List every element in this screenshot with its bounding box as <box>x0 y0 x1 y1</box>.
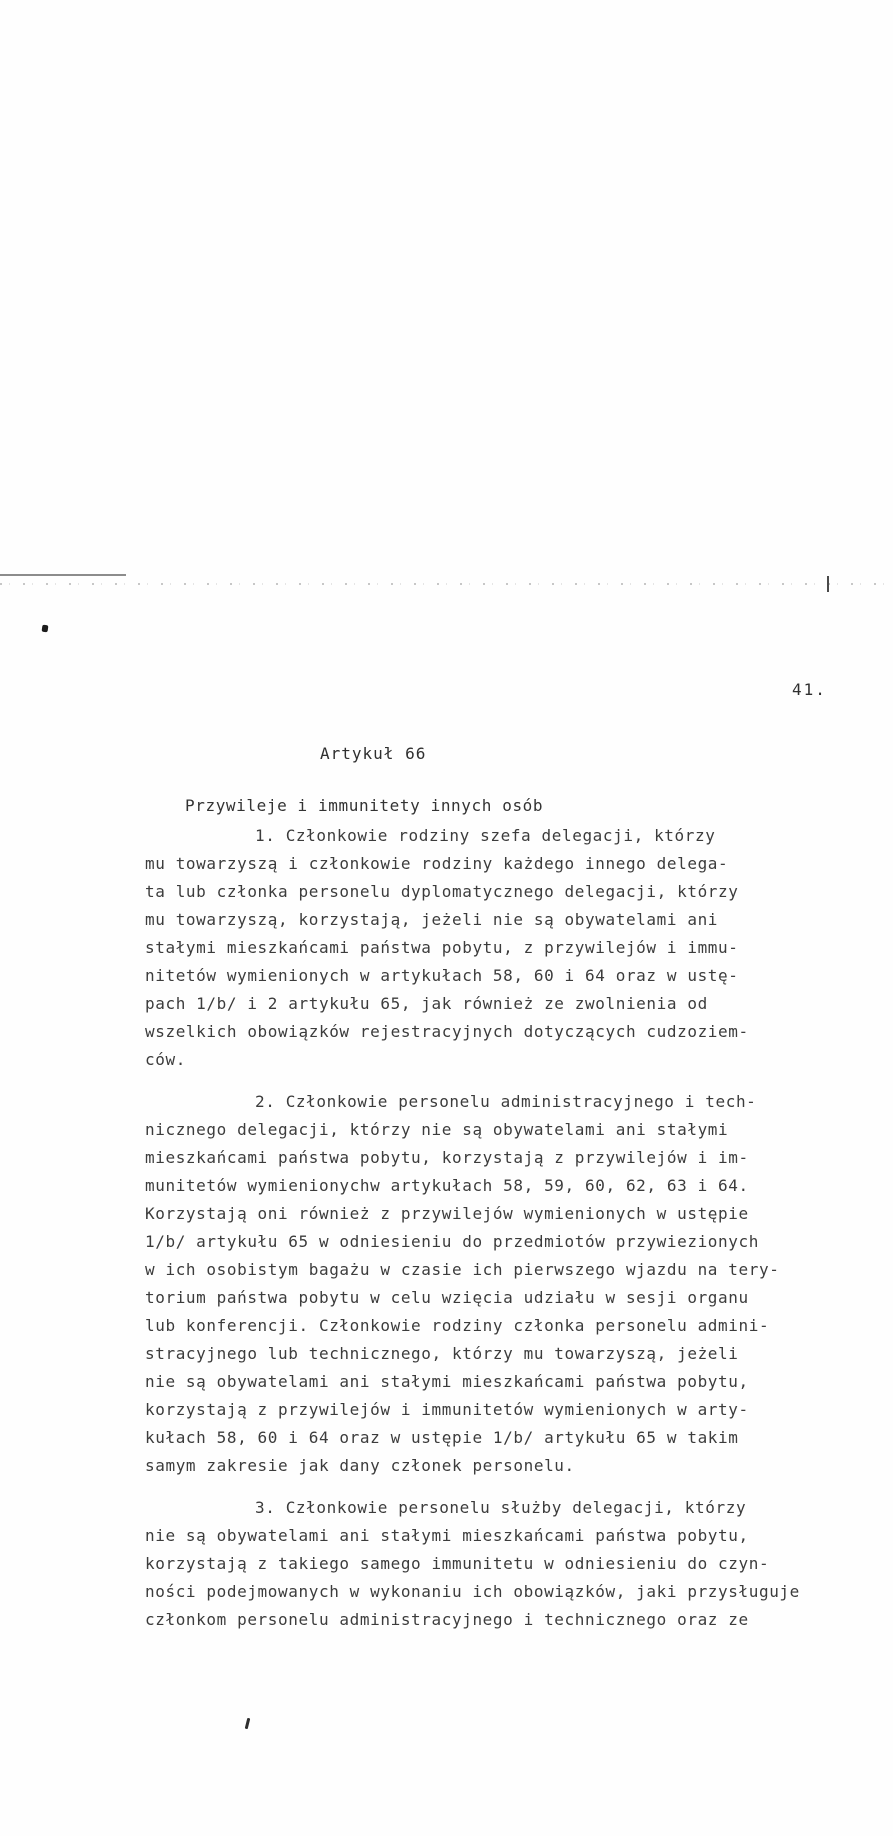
text-line: 2. Członkowie personelu administracyjneg… <box>145 1088 835 1116</box>
text-line: kułach 58, 60 i 64 oraz w ustępie 1/b/ a… <box>145 1424 835 1452</box>
text-line: 1. Członkowie rodziny szefa delegacji, k… <box>145 822 835 850</box>
text-line: członkom personelu administracyjnego i t… <box>145 1606 835 1634</box>
text-line: nicznego delegacji, którzy nie są obywat… <box>145 1116 835 1144</box>
text-line: ców. <box>145 1046 835 1074</box>
text-line: korzystają z przywilejów i immunitetów w… <box>145 1396 835 1424</box>
text-line: nie są obywatelami ani stałymi mieszkańc… <box>145 1368 835 1396</box>
scan-tick-mark <box>827 576 829 592</box>
text-line: ności podejmowanych w wykonaniu ich obow… <box>145 1578 835 1606</box>
text-line: Korzystają oni również z przywilejów wym… <box>145 1200 835 1228</box>
text-line: lub konferencji. Członkowie rodziny czło… <box>145 1312 835 1340</box>
article-body: 1. Członkowie rodziny szefa delegacji, k… <box>145 822 835 1634</box>
text-line: samym zakresie jak dany członek personel… <box>145 1452 835 1480</box>
text-line: nitetów wymienionych w artykułach 58, 60… <box>145 962 835 990</box>
text-line: nie są obywatelami ani stałymi mieszkańc… <box>145 1522 835 1550</box>
text-line: torium państwa pobytu w celu wzięcia udz… <box>145 1284 835 1312</box>
scan-rule-line <box>0 574 126 576</box>
text-line: 3. Członkowie personelu służby delegacji… <box>145 1494 835 1522</box>
ink-blot-mark <box>42 625 49 633</box>
paragraph: 3. Członkowie personelu służby delegacji… <box>145 1494 835 1634</box>
text-line: ta lub członka personelu dyplomatycznego… <box>145 878 835 906</box>
text-line: stracyjnego lub technicznego, którzy mu … <box>145 1340 835 1368</box>
text-line: 1/b/ artykułu 65 w odniesieniu do przedm… <box>145 1228 835 1256</box>
article-subtitle: Przywileje i immunitety innych osób <box>185 792 835 820</box>
text-line: wszelkich obowiązków rejestracyjnych dot… <box>145 1018 835 1046</box>
page-number: 41. <box>792 680 827 699</box>
text-line: mieszkańcami państwa pobytu, korzystają … <box>145 1144 835 1172</box>
text-line: munitetów wymienionychw artykułach 58, 5… <box>145 1172 835 1200</box>
paragraph: 2. Członkowie personelu administracyjneg… <box>145 1088 835 1480</box>
text-line: mu towarzyszą, korzystają, jeżeli nie są… <box>145 906 835 934</box>
text-line: korzystają z takiego samego immunitetu w… <box>145 1550 835 1578</box>
text-line: w ich osobistym bagażu w czasie ich pier… <box>145 1256 835 1284</box>
stray-apostrophe-mark <box>245 1718 251 1729</box>
text-line: pach 1/b/ i 2 artykułu 65, jak również z… <box>145 990 835 1018</box>
text-line: stałymi mieszkańcami państwa pobytu, z p… <box>145 934 835 962</box>
document-page: 41. Artykuł 66 Przywileje i immunitety i… <box>0 0 893 1836</box>
document-content: Artykuł 66 Przywileje i immunitety innyc… <box>145 740 835 1648</box>
paragraph: 1. Członkowie rodziny szefa delegacji, k… <box>145 822 835 1074</box>
scan-dotted-line <box>0 583 893 585</box>
article-title: Artykuł 66 <box>320 740 835 768</box>
text-line: mu towarzyszą i członkowie rodziny każde… <box>145 850 835 878</box>
